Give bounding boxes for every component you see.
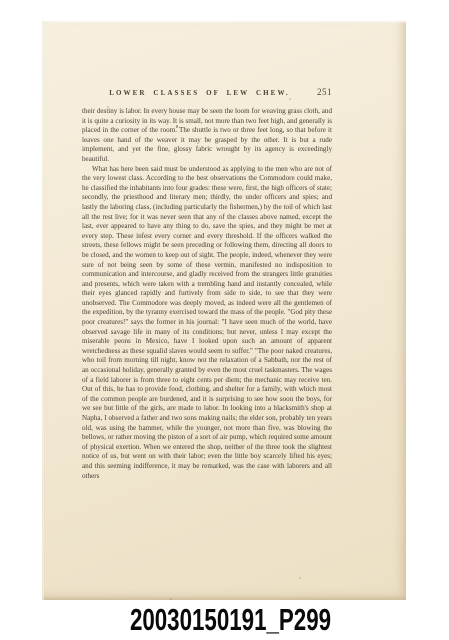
paragraph-continuation: their destiny is labor. In every house m… — [82, 107, 332, 165]
page-number: 251 — [317, 87, 332, 97]
running-header: LOWER CLASSES OF LEW CHEW. — [109, 89, 290, 97]
paper-speck — [176, 125, 178, 128]
paper-speck — [289, 98, 291, 100]
scan-id-label: 20030150191_P299 — [69, 603, 392, 637]
paragraph-second: What has here been said must be understo… — [82, 165, 332, 482]
paper-speck — [170, 598, 172, 600]
page-body-text: their destiny is labor. In every house m… — [82, 107, 332, 481]
page-header-row: LOWER CLASSES OF LEW CHEW. 251 — [82, 89, 332, 101]
paper-speck — [299, 577, 301, 579]
book-page: LOWER CLASSES OF LEW CHEW. 251 their des… — [42, 21, 406, 600]
scan-background: LOWER CLASSES OF LEW CHEW. 251 their des… — [0, 0, 449, 640]
paper-speck — [107, 106, 109, 108]
